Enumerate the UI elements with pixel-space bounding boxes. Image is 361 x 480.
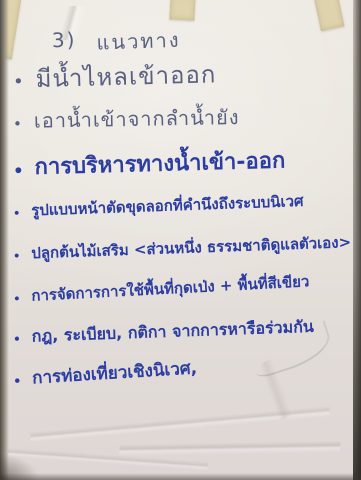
bullet-icon: • <box>13 115 23 134</box>
corner-shadow <box>0 434 70 480</box>
bullet-icon: • <box>13 206 21 220</box>
bullet-icon: • <box>13 249 21 263</box>
flipchart-photo: 3) แนวทาง • มีน้ำไหลเข้าออก • เอาน้ำเข้า… <box>0 0 361 480</box>
note-text: เอาน้ำเข้าจากลำน้ำยัง <box>34 105 240 134</box>
note-text: มีน้ำไหลเข้าออก <box>35 59 216 94</box>
photo-edge-left <box>0 0 9 480</box>
page-heading: 3) แนวทาง <box>51 24 181 60</box>
photo-edge-right <box>353 0 361 480</box>
bullet-icon: • <box>13 374 22 390</box>
bullet-icon: • <box>13 161 24 182</box>
bullet-icon: • <box>13 332 21 347</box>
note-line: • มีน้ำไหลเข้าออก <box>13 59 217 94</box>
tape-piece-top-center <box>169 0 195 21</box>
heading-number: 3) <box>51 27 77 60</box>
heading-title: แนวทาง <box>96 24 181 59</box>
bullet-icon: • <box>13 72 25 95</box>
bullet-icon: • <box>13 292 21 306</box>
note-line: • เอาน้ำเข้าจากลำน้ำยัง <box>13 105 240 134</box>
